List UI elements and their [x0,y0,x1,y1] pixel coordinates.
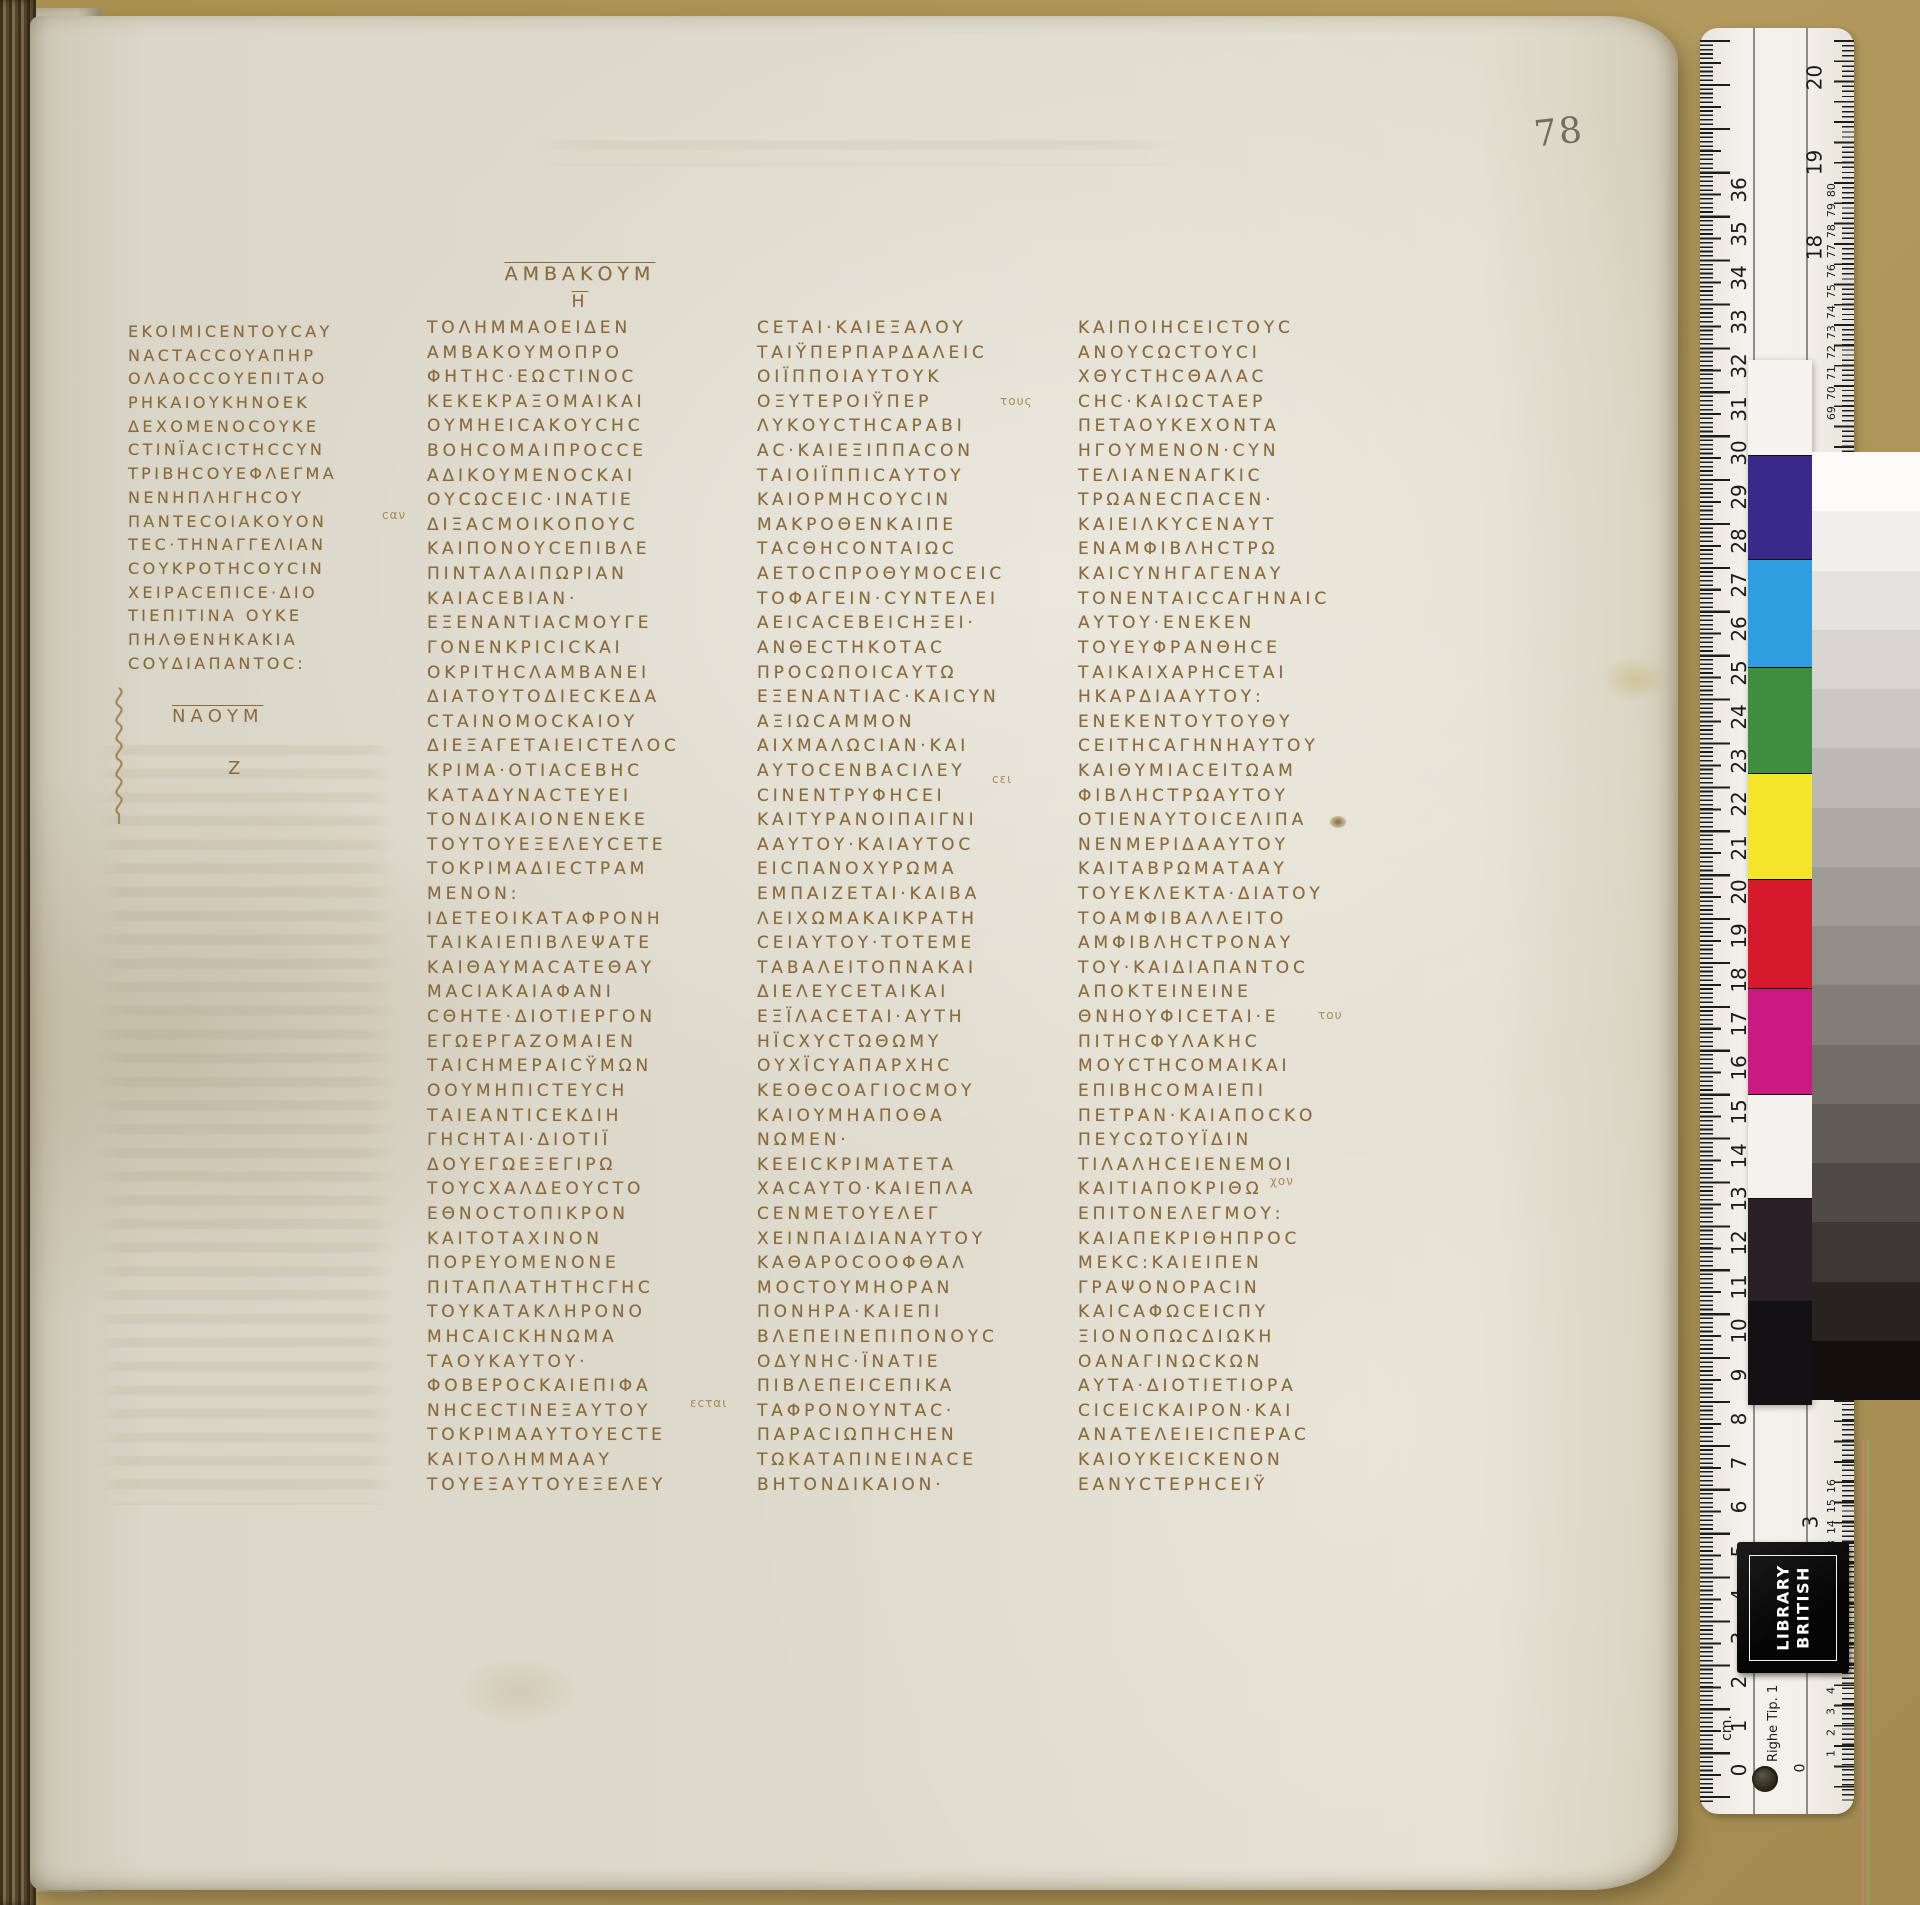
text-line: ΑΙΧΜΑΛΩϹΙΑΝ·ΚΑΙ [757,734,1063,759]
text-line: ΚΑΘΑΡΟϹΟΟΦΘΑΛ [757,1251,1063,1276]
text-line: ΤΑΟΥΚΑΥΤΟΥ· [427,1350,733,1375]
text-line: ΕΓΩΕΡΓΑΖΟΜΑΙΕΝ [427,1030,733,1055]
ruler-number: 15 [1821,1497,1841,1515]
text-line: ΠΙΝΤΑΛΑΙΠΩΡΙΑΝ [427,562,733,587]
nahum-book-numeral: Ζ [228,758,240,779]
ruler-righe-numbers-top: 807978777675747372717069 [1822,180,1840,424]
text-line: ΤΑΙΚΑΙΕΠΙΒΛΕΨΑΤΕ [427,931,733,956]
text-line: ΟΥΧΪϹΥΑΠΑΡΧΗϹ [757,1054,1063,1079]
text-line: ΒΟΗϹΟΜΑΙΠΡΟϹϹΕ [427,439,733,464]
text-line: ΑΝΑΤΕΛΕΙΕΙϹΠΕΡΑϹ [1078,1423,1390,1448]
text-line: ΧΕΙΝΠΑΙΔΙΑΝΑΥΤΟΥ [757,1227,1063,1252]
text-line: ΕΑΝΥϹΤΕΡΗϹΕΙΫ [1078,1473,1390,1498]
text-line: ΠΙΤΑΠΛΑΤΗΤΗϹΓΗϹ [427,1276,733,1301]
text-line: ΔΙΕΛΕΥϹΕΤΑΙΚΑΙ [757,980,1063,1005]
gray-step [1812,452,1920,511]
ruler-number: 73 [1821,323,1841,341]
grayscale-calibration-strip [1812,452,1920,1400]
ruler-number: 74 [1821,303,1841,321]
ruler-number: 75 [1821,283,1841,301]
ruler-number: 16 [1821,1477,1841,1495]
gray-step [1812,1104,1920,1163]
text-line: ΟΟΥΜΗΠΙϹΤΕΥϹΗ [427,1079,733,1104]
ruler-number: 76 [1821,262,1841,280]
coronis-flourish [104,686,134,826]
text-line: ΘΝΗΟΥΦΙϹΕΤΑΙ·Ε [1078,1005,1390,1030]
text-line: ΚΑΙΤΟΛΗΜΜΑΑΥ [427,1448,733,1473]
text-line: ΙΔΕΤΕΟΙΚΑΤΑΦΡΟΝΗ [427,907,733,932]
ruler-number: 8 [1717,1406,1761,1432]
gray-step [1812,1045,1920,1104]
text-line: ΞΙΟΝΟΠΩϹΔΙΩΚΗ [1078,1325,1390,1350]
text-line: ΠΕΤΑΟΥΚΕΧΟΝΤΑ [1078,414,1390,439]
text-line: ΚΕΕΙϹΚΡΙΜΑΤΕΤΑ [757,1153,1063,1178]
text-line: ΚΑΙΠΟΙΗϹΕΙϹΤΟΥϹ [1078,316,1390,341]
marginal-note: εϲται [690,1396,727,1410]
text-line: ΚΡΙΜΑ·ΟΤΙΑϹΕΒΗϹ [427,759,733,784]
text-line: ΕΜΠΑΙΖΕΤΑΙ·ΚΑΙΒΑ [757,882,1063,907]
marginal-note: τους [1000,394,1033,408]
text-line: ΕΠΙΤΟΝΕΛΕΓΜΟΥ: [1078,1202,1390,1227]
ruler-number: 78 [1821,222,1841,240]
gray-step [1812,808,1920,867]
text-line: ΦΙΒΛΗϹΤΡΩΑΥΤΟΥ [1078,784,1390,809]
habakkuk-book-numeral: Η [427,290,733,316]
text-line: ΠΟΝΗΡΑ·ΚΑΙΕΠΙ [757,1300,1063,1325]
text-line: ΤΑΒΑΛΕΙΤΟΠΝΑΚΑΙ [757,956,1063,981]
text-line: ΓΡΑΨΟΝΟΡΑϹΙΝ [1078,1276,1390,1301]
text-line: ΤΑΙΟΙΪΠΠΙϹΑΥΤΟΥ [757,464,1063,489]
ruler-number: 19 [1772,151,1857,175]
text-line: ΤΟΥΤΟΥΕΞΕΛΕΥϹΕΤΕ [427,833,733,858]
text-line: ΤΙΛΑΛΗϹΕΙΕΝΕΜΟΙ [1078,1153,1390,1178]
text-line: ΤΑΙΫΠΕΡΠΑΡΔΑΛΕΙϹ [757,341,1063,366]
color-patch [1748,1301,1812,1405]
text-line: ΕΝΑΜΦΙΒΛΗϹΤΡΩ [1078,537,1390,562]
text-line: ΚΑΙΟΥΚΕΙϹΚΕΝΟΝ [1078,1448,1390,1473]
text-line: ΑΝΘΕϹΤΗΚΟΤΑϹ [757,636,1063,661]
text-line: ΟΑΝΑΓΙΝΩϹΚΩΝ [1078,1350,1390,1375]
ruler-punch-hole [1752,1766,1778,1792]
ruler-number: 4 [1821,1682,1842,1700]
color-patch [1748,1198,1812,1301]
text-line: ΟΙΪΠΠΟΙΑΥΤΟΥΚ [757,365,1063,390]
ruler-number: 3 [1821,1703,1842,1721]
text-line: ΟΚΡΙΤΗϹΛΑΜΒΑΝΕΙ [427,661,733,686]
text-line: ΑΞΙΩϹΑΜΜΟΝ [757,710,1063,735]
bleedthrough-text-area [95,745,395,1505]
ruler-number: 0 [1792,1764,1808,1773]
text-line: ΗΪϹΧΥϹΤΩΘΩΜΥ [757,1030,1063,1055]
ruler-number: 14 [1821,1518,1841,1536]
gray-step [1812,1222,1920,1281]
text-line: ΤΟΚΡΙΜΑΑΥΤΟΥΕϹΤΕ [427,1423,733,1448]
ruler-number: 7 [1717,1450,1761,1476]
gray-step [1812,1163,1920,1222]
text-line: ΜΟΥϹΤΗϹΟΜΑΙΚΑΙ [1078,1054,1390,1079]
text-line: ϹΕΤΑΙ·ΚΑΙΕΞΑΛΟΥ [757,316,1063,341]
text-line: ΟΤΙΕΝΑΥΤΟΙϹΕΛΙΠΑ [1078,808,1390,833]
text-line: ΤΟΥΕΥΦΡΑΝΘΗϹΕ [1078,636,1390,661]
text-line: ΤΟΝΔΙΚΑΙΟΝΕΝΕΚΕ [427,808,733,833]
color-calibration-strip [1748,360,1812,1405]
ruler-number: 20 [1772,66,1857,90]
text-line: ΟΛΑΟϹϹΟΥΕΠΙΤΑΟ [128,367,337,391]
nahum-end-title: ΝΑΟΥΜ [172,706,263,727]
text-line: ΤΟΥΕΞΑΥΤΟΥΕΞΕΛΕΥ [427,1473,733,1498]
color-patch [1748,988,1812,1094]
gray-step [1812,1282,1920,1341]
gray-step [1812,985,1920,1044]
british-library-label-clip: LIBRARY BRITISH [1737,1542,1849,1673]
text-line: ΠΡΟϹΩΠΟΙϹΑΥΤΩ [757,661,1063,686]
marginal-note: του [1318,1008,1343,1022]
ruler-number: 71 [1821,364,1841,382]
text-line: ΦΗΤΗϹ·ΕΩϹΤΙΝΟϹ [427,365,733,390]
ruler-number: 79 [1821,201,1841,219]
text-line: ΑΥΤΟϹΕΝΒΑϹΙΛΕΥ [757,759,1063,784]
text-line: ΠΕΥϹΩΤΟΥΪΔΙΝ [1078,1128,1390,1153]
text-line: ΚΑΙΘΥΜΙΑϹΕΙΤΩΑΜ [1078,759,1390,784]
text-line: ΓΗϹΗΤΑΙ·ΔΙΟΤΙΪ [427,1128,733,1153]
text-line: ΤΑΙΚΑΙΧΑΡΗϹΕΤΑΙ [1078,661,1390,686]
parchment-stain [460,1656,580,1726]
text-line: ΚΑΙϹΑΦΩϹΕΙϹΠΥ [1078,1300,1390,1325]
text-line: ϹΙΝΕΝΤΡΥΦΗϹΕΙ [757,784,1063,809]
gray-step [1812,748,1920,807]
text-line: ΤΟΝΕΝΤΑΙϹϹΑΓΗΝΑΙϹ [1078,587,1390,612]
text-line: ΚΑΙΘΑΥΜΑϹΑΤΕΘΑΥ [427,956,733,981]
text-line: ΤΑΙΕΑΝΤΙϹΕΚΔΙΗ [427,1104,733,1129]
marginal-note: ϲαν [382,508,406,522]
text-line: ΦΟΒΕΡΟϹΚΑΙΕΠΙΦΑ [427,1374,733,1399]
text-line: ΕΞΕΝΑΝΤΙΑϹ·ΚΑΙϹΥΝ [757,685,1063,710]
text-line: ΤΕΛΙΑΝΕΝΑΓΚΙϹ [1078,464,1390,489]
gray-step [1812,926,1920,985]
text-line: ΤΙΕΠΙΤΙΝΑ ΟΥΚΕ [128,604,337,628]
cm-scale-label: cm. [1719,1715,1735,1741]
text-line: ϹΤΙΝΪΑϹΙϹΤΗϹϹΥΝ [128,438,337,462]
color-patch [1748,667,1812,773]
text-line: ΔΟΥΕΓΩΕΞΕΓΙΡΩ [427,1153,733,1178]
text-line: ΑΕΤΟϹΠΡΟΘΥΜΟϹΕΙϹ [757,562,1063,587]
text-line: ΚΑΙΤΥΡΑΝΟΙΠΑΙΓΝΙ [757,808,1063,833]
text-line: ΤΕϹ·ΤΗΝΑΓΓΕΛΙΑΝ [128,533,337,557]
color-patch [1748,773,1812,879]
text-line: ΧΑϹΑΥΤΟ·ΚΑΙΕΠΛΑ [757,1177,1063,1202]
text-line: ΚΑΙΠΟΝΟΥϹΕΠΙΒΛΕ [427,537,733,562]
text-column-4: ΚΑΙΠΟΙΗϹΕΙϹΤΟΥϹΑΝΟΥϹΩϹΤΟΥϹΙΧΘΥϹΤΗϹΘΑΛΑϹϹ… [1078,316,1390,1497]
text-line: ΛΕΙΧΩΜΑΚΑΙΚΡΑΤΗ [757,907,1063,932]
text-line: ΠΙΒΛΕΠΕΙϹΕΠΙΚΑ [757,1374,1063,1399]
ruler-number: 6 [1717,1494,1761,1520]
ruler-number: 2 [1821,1724,1842,1742]
text-line: ΕΘΝΟϹΤΟΠΙΚΡΟΝ [427,1202,733,1227]
text-line: ΔΕΧΟΜΕΝΟϹΟΥΚΕ [128,415,337,439]
ruler-number: 34 [1717,265,1761,291]
gray-step [1812,1341,1920,1400]
text-line: ΝΑϹΤΑϹϹΟΥΑΠΗΡ [128,344,337,368]
text-line: ΑΑΥΤΟΥ·ΚΑΙΑΥΤΟϹ [757,833,1063,858]
text-line: ΝΕΝΗΠΛΗΓΗϹΟΥ [128,486,337,510]
text-line: ΤΟΥΚΑΤΑΚΛΗΡΟΝΟ [427,1300,733,1325]
ruler-number: 2 [1717,1669,1761,1695]
text-line: ΠΑΝΤΕϹΟΙΑΚΟΥΟΝ [128,510,337,534]
text-line: ΧΘΥϹΤΗϹΘΑΛΑϹ [1078,365,1390,390]
text-line: ΑΔΙΚΟΥΜΕΝΟϹΚΑΙ [427,464,733,489]
text-line: ΗΚΑΡΔΙΑΑΥΤΟΥ: [1078,685,1390,710]
text-line: ΑΜΒΑΚΟΥΜΟΠΡΟ [427,341,733,366]
text-line: ΜΗϹΑΙϹΚΗΝΩΜΑ [427,1325,733,1350]
text-column-2: ΑΜΒΑΚΟΥΜ Η ΤΟΛΗΜΜΑΟΕΙΔΕΝΑΜΒΑΚΟΥΜΟΠΡΟΦΗΤΗ… [427,262,733,1497]
text-line: ΜΕΝΟΝ: [427,882,733,907]
text-line: ΚΑΙΤΟΤΑΧΙΝΟΝ [427,1227,733,1252]
folio-number: 78 [1532,110,1586,156]
text-line: ΑΥΤΟΥ·ΕΝΕΚΕΝ [1078,611,1390,636]
text-line: ΝΕΝΜΕΡΙΔΑΑΥΤΟΥ [1078,833,1390,858]
color-patch [1748,455,1812,559]
text-line: ΒΗΤΟΝΔΙΚΑΙΟΝ· [757,1473,1063,1498]
text-line: ΒΛΕΠΕΙΝΕΠΙΠΟΝΟΥϹ [757,1325,1063,1350]
gray-step [1812,689,1920,748]
bleedthrough-running-title [530,140,1180,166]
text-line: ΠΙΤΗϹΦΥΛΑΚΗϹ [1078,1030,1390,1055]
ruler-number: 80 [1821,181,1841,199]
text-line: ΗΓΟΥΜΕΝΟΝ·ϹΥΝ [1078,439,1390,464]
text-line: ΕΞΕΝΑΝΤΙΑϹΜΟΥΓΕ [427,611,733,636]
text-line: ΤΟΦΑΓΕΙΝ·ϹΥΝΤΕΛΕΙ [757,587,1063,612]
ruler-number: 1 [1821,1745,1842,1763]
text-line: ΚΕΚΕΚΡΑΞΟΜΑΙΚΑΙ [427,390,733,415]
text-line: ΔΙΑΤΟΥΤΟΔΙΕϹΚΕΔΑ [427,685,733,710]
ruler-number: 3 [1798,1516,1822,1529]
text-line: ΤΩΚΑΤΑΠΙΝΕΙΝΑϹΕ [757,1448,1063,1473]
text-line: ΔΙΞΑϹΜΟΙΚΟΠΟΥϹ [427,513,733,538]
text-line: ΚΑΙΑϹΕΒΙΑΝ· [427,587,733,612]
ruler-number: 72 [1821,344,1841,362]
text-line: ΝΗϹΕϹΤΙΝΕΞΑΥΤΟΥ [427,1399,733,1424]
text-line: ΜΑϹΙΑΚΑΙΑΦΑΝΙ [427,980,733,1005]
text-line: ΑΥΤΑ·ΔΙΟΤΙΕΤΙΟΡΑ [1078,1374,1390,1399]
text-line: ΟΥϹΩϹΕΙϹ·ΙΝΑΤΙΕ [427,488,733,513]
text-line: ΤΟΥϹΧΑΛΔΕΟΥϹΤΟ [427,1177,733,1202]
text-column-3: ϹΕΤΑΙ·ΚΑΙΕΞΑΛΟΥΤΑΙΫΠΕΡΠΑΡΔΑΛΕΙϹΟΙΪΠΠΟΙΑΥ… [757,316,1063,1497]
ruler-number: 70 [1821,384,1841,402]
text-line: ΓΟΝΕΝΚΡΙϹΙϹΚΑΙ [427,636,733,661]
text-line: ΟΥΜΗΕΙϹΑΚΟΥϹΗϹ [427,414,733,439]
text-line: ΕΝΕΚΕΝΤΟΥΤΟΥΘΥ [1078,710,1390,735]
text-line: ΤΟΥ·ΚΑΙΔΙΑΠΑΝΤΟϹ [1078,956,1390,981]
text-line: ΚΑΙΤΙΑΠΟΚΡΙΘΩ [1078,1177,1390,1202]
color-patch [1748,360,1812,455]
text-line: ΤΡΙΒΗϹΟΥΕΦΛΕΓΜΑ [128,462,337,486]
text-line: ΧΕΙΡΑϹΕΠΙϹΕ·ΔΙΟ [128,581,337,605]
ruler-righe-start-numbers: 1234 [1822,1680,1840,1764]
text-line: ΜΑΚΡΟΘΕΝΚΑΙΠΕ [757,513,1063,538]
scan-artifact-streaks [1862,1440,1876,1905]
manuscript-photo-stage: ΙϹΙΑΜΧΟΡΗΔΕϹΤΤΡΝΕΠΑΤΕϹΟΧΕΠΕΠΗϹΟΥ ΚΑΙΤΟΥϹ… [0,0,1920,1905]
british-library-label-word: LIBRARY [1774,1599,1793,1617]
text-line: ΕΠΙΒΗϹΟΜΑΙΕΠΙ [1078,1079,1390,1104]
text-line: ΟΔΥΝΗϹ·ΪΝΑΤΙΕ [757,1350,1063,1375]
ruler-mm-ticks [1700,40,1713,1802]
text-line: ΚΑΙΑΠΕΚΡΙΘΗΠΡΟϹ [1078,1227,1390,1252]
marginal-note: χον [1270,1174,1294,1188]
text-line: ΕΙϹΠΑΝΟΧΥΡΩΜΑ [757,857,1063,882]
gray-step [1812,630,1920,689]
text-line: ΕΞΪΛΑϹΕΤΑΙ·ΑΥΤΗ [757,1005,1063,1030]
text-line: ΡΗΚΑΙΟΥΚΗΝΟΕΚ [128,391,337,415]
text-line: ΤΟΚΡΙΜΑΔΙΕϹΤΡΑΜ [427,857,733,882]
color-patch [1748,559,1812,667]
text-line: ϹΗϹ·ΚΑΙΩϹΤΑΕΡ [1078,390,1390,415]
text-line: ΚΕΟΘϹΟΑΓΙΟϹΜΟΥ [757,1079,1063,1104]
text-line: ϹΕΙΑΥΤΟΥ·ΤΟΤΕΜΕ [757,931,1063,956]
text-line: ΑΠΟΚΤΕΙΝΕΙΝΕ [1078,980,1390,1005]
text-line: ϹΕΙΤΗϹΑΓΗΝΗΑΥΤΟΥ [1078,734,1390,759]
gray-step [1812,511,1920,570]
text-line: ΚΑΙΤΑΒΡΩΜΑΤΑΑΥ [1078,857,1390,882]
british-library-label-word: BRITISH [1794,1599,1813,1617]
text-line: ΑΕΙϹΑϹΕΒΕΙϹΗΞΕΙ· [757,611,1063,636]
text-line: ΠΟΡΕΥΟΜΕΝΟΝΕ [427,1251,733,1276]
ruler-number: 77 [1821,242,1841,260]
text-line: ΤΑϹΘΗϹΟΝΤΑΙΩϹ [757,537,1063,562]
text-line: ϹΤΑΙΝΟΜΟϹΚΑΙΟΥ [427,710,733,735]
habakkuk-book-title: ΑΜΒΑΚΟΥΜ [427,262,733,290]
ruler-number: 35 [1717,221,1761,247]
text-line: ΚΑΙΟΥΜΗΑΠΟΘΑ [757,1104,1063,1129]
text-line: ϹΟΥΚΡΟΤΗϹΟΥϹΙΝ [128,557,337,581]
ruler-number: 33 [1717,309,1761,335]
text-line: ΤΟΛΗΜΜΑΟΕΙΔΕΝ [427,316,733,341]
text-line: ΤΡΩΑΝΕϹΠΑϹΕΝ· [1078,488,1390,513]
text-line: ϹΟΥΔΙΑΠΑΝΤΟϹ: [128,652,337,676]
text-line: ΜΟϹΤΟΥΜΗΟΡΑΝ [757,1276,1063,1301]
text-line: ΛΥΚΟΥϹΤΗϹΑΡΑΒΙ [757,414,1063,439]
text-line: ΑΜΦΙΒΛΗϹΤΡΟΝΑΥ [1078,931,1390,956]
text-line: ΤΑΙϹΗΜΕΡΑΙϹΫΜΩΝ [427,1054,733,1079]
ruler-number: 18 [1772,236,1857,260]
text-line: ΚΑΤΑΔΥΝΑϹΤΕΥΕΙ [427,784,733,809]
text-line: ΔΙΕΞΑΓΕΤΑΙΕΙϹΤΕΛΟϹ [427,734,733,759]
text-line: ΠΕΤΡΑΝ·ΚΑΙΑΠΟϹΚΟ [1078,1104,1390,1129]
color-patch [1748,1094,1812,1198]
text-line: ΑϹ·ΚΑΙΕΞΙΠΠΑϹΟΝ [757,439,1063,464]
text-line: ΚΑΙϹΥΝΗΓΑΓΕΝΑΥ [1078,562,1390,587]
text-line: ΚΑΙΕΙΛΚΥϹΕΝΑΥΤ [1078,513,1390,538]
column-2-lines: ΤΟΛΗΜΜΑΟΕΙΔΕΝΑΜΒΑΚΟΥΜΟΠΡΟΦΗΤΗϹ·ΕΩϹΤΙΝΟϹΚ… [427,316,733,1497]
text-line: ΜΕΚϹ:ΚΑΙΕΙΠΕΝ [1078,1251,1390,1276]
text-line: ϹΕΝΜΕΤΟΥΕΛΕΓ [757,1202,1063,1227]
ruler-number: 36 [1717,177,1761,203]
text-line: ΚΑΙΟΡΜΗϹΟΥϹΙΝ [757,488,1063,513]
gray-step [1812,571,1920,630]
text-line: ΠΗΛΘΕΝΗΚΑΚΙΑ [128,628,337,652]
marginal-note: ϲει [992,772,1012,786]
gray-step [1812,867,1920,926]
color-patch [1748,879,1812,988]
parchment-stain [1600,656,1670,702]
text-line: ΤΑΦΡΟΝΟΥΝΤΑϹ· [757,1399,1063,1424]
text-line: ΝΩΜΕΝ· [757,1128,1063,1153]
text-line: ΕΚΟΙΜΙϹΕΝΤΟΥϹΑΥ [128,320,337,344]
text-line: ΤΟΑΜΦΙΒΑΛΛΕΙΤΟ [1078,907,1390,932]
text-line: ϹΙϹΕΙϹΚΑΙΡΟΝ·ΚΑΙ [1078,1399,1390,1424]
text-line: ΑΝΟΥϹΩϹΤΟΥϹΙ [1078,341,1390,366]
ruler-number: 69 [1821,404,1841,422]
text-line: ϹΘΗΤΕ·ΔΙΟΤΙΕΡΓΟΝ [427,1005,733,1030]
text-line: ΤΟΥΕΚΛΕΚΤΑ·ΔΙΑΤΟΥ [1078,882,1390,907]
text-column-1: ΕΚΟΙΜΙϹΕΝΤΟΥϹΑΥΝΑϹΤΑϹϹΟΥΑΠΗΡΟΛΑΟϹϹΟΥΕΠΙΤ… [128,320,337,675]
text-line: ΠΑΡΑϹΙΩΠΗϹΗΕΝ [757,1423,1063,1448]
british-library-label-frame: LIBRARY BRITISH [1749,1555,1837,1661]
